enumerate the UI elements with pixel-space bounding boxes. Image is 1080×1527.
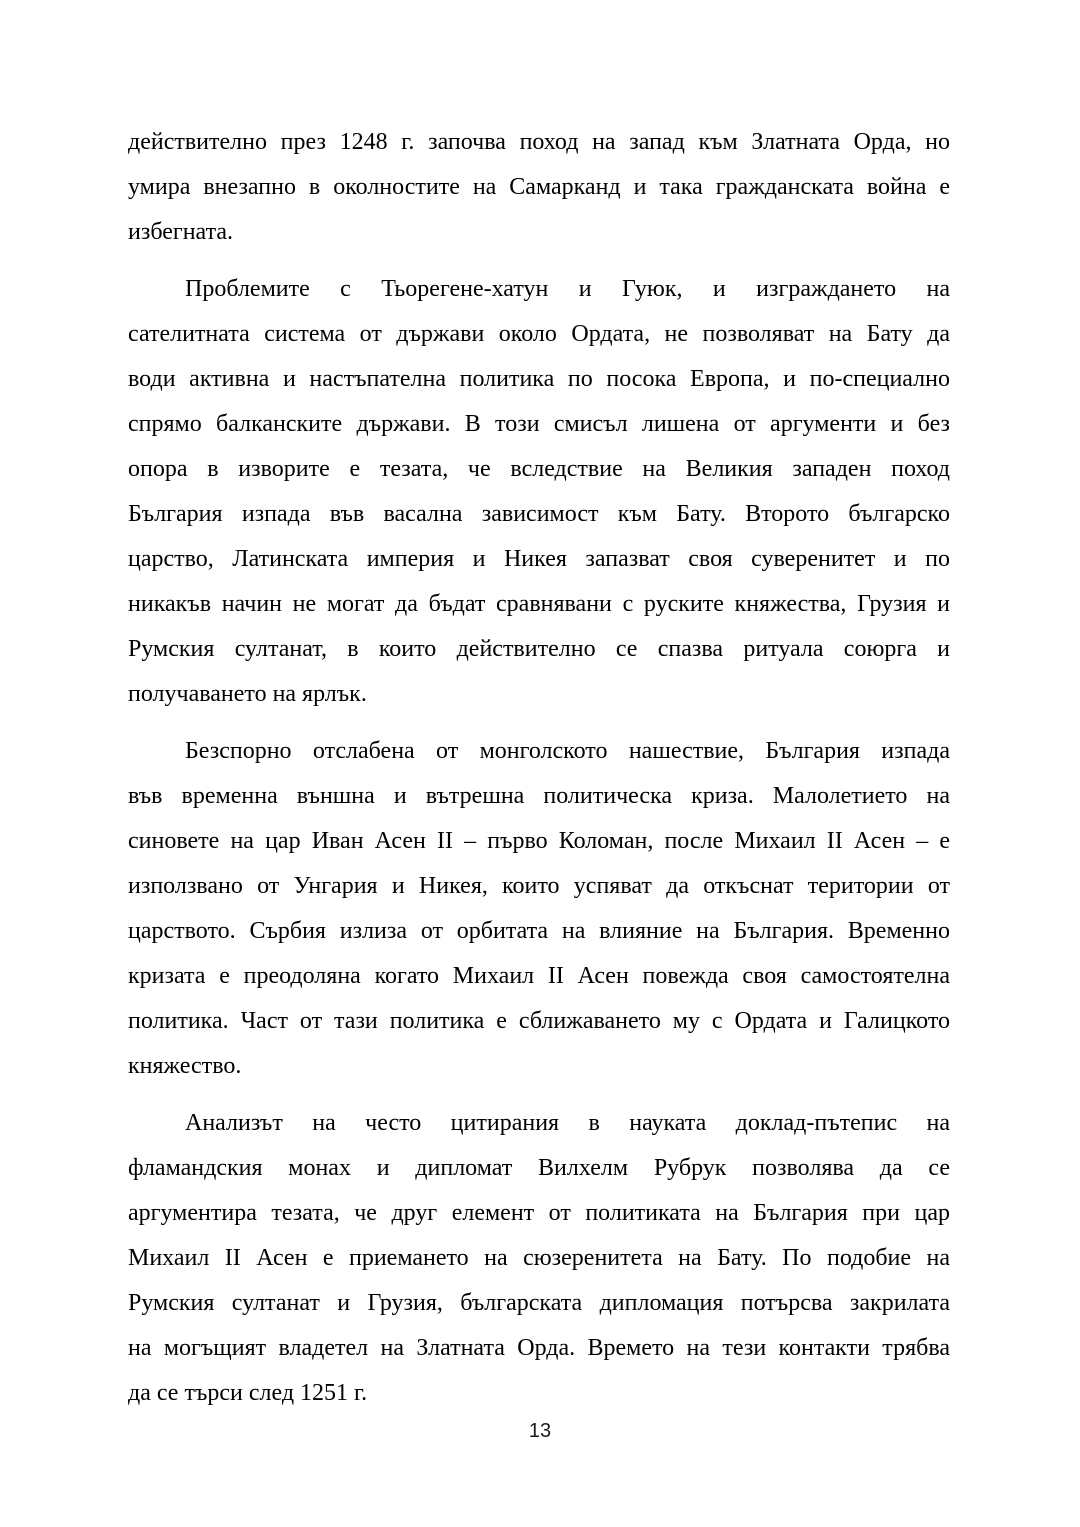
text-line: никакъв начин не могат да бъдат сравнява… xyxy=(128,582,950,627)
text-line: сателитната система от държави около Орд… xyxy=(128,312,950,357)
text-line: синовете на цар Иван Асен II – първо Кол… xyxy=(128,819,950,864)
document-body: действително през 1248 г. започва поход … xyxy=(128,120,950,1416)
text-line: царството. Сърбия излиза от орбитата на … xyxy=(128,909,950,954)
paragraph: Безспорно отслабена от монголското нашес… xyxy=(128,729,950,1089)
text-line: да се търси след 1251 г. xyxy=(128,1371,950,1416)
text-line: Михаил II Асен е приемането на сюзеренит… xyxy=(128,1236,950,1281)
text-line: фламандския монах и дипломат Вилхелм Руб… xyxy=(128,1146,950,1191)
text-line: умира внезапно в околностите на Самаркан… xyxy=(128,165,950,210)
text-line: опора в изворите е тезата, че вследствие… xyxy=(128,447,950,492)
text-line: Проблемите с Тьорегене-хатун и Гуюк, и и… xyxy=(128,267,950,312)
text-line: във временна външна и вътрешна политичес… xyxy=(128,774,950,819)
text-line: спрямо балканските държави. В този смисъ… xyxy=(128,402,950,447)
text-line: България изпада във васална зависимост к… xyxy=(128,492,950,537)
text-line: действително през 1248 г. започва поход … xyxy=(128,120,950,165)
text-line: кризата е преодоляна когато Михаил II Ас… xyxy=(128,954,950,999)
text-line: княжество. xyxy=(128,1044,950,1089)
text-line: използвано от Унгария и Никея, които усп… xyxy=(128,864,950,909)
document-page: действително през 1248 г. започва поход … xyxy=(0,0,1080,1527)
text-line: царство, Латинската империя и Никея запа… xyxy=(128,537,950,582)
text-line: Безспорно отслабена от монголското нашес… xyxy=(128,729,950,774)
paragraph: Проблемите с Тьорегене-хатун и Гуюк, и и… xyxy=(128,267,950,717)
text-line: политика. Част от тази политика е сближа… xyxy=(128,999,950,1044)
text-line: води активна и настъпателна политика по … xyxy=(128,357,950,402)
text-line: аргументира тезата, че друг елемент от п… xyxy=(128,1191,950,1236)
text-line: избегната. xyxy=(128,210,950,255)
text-line: Анализът на често цитирания в науката до… xyxy=(128,1101,950,1146)
text-line: Румския султанат и Грузия, българската д… xyxy=(128,1281,950,1326)
paragraph: Анализът на често цитирания в науката до… xyxy=(128,1101,950,1416)
text-line: получаването на ярлък. xyxy=(128,672,950,717)
page-number: 13 xyxy=(0,1420,1080,1443)
paragraph: действително през 1248 г. започва поход … xyxy=(128,120,950,255)
text-line: на могъщият владетел на Златната Орда. В… xyxy=(128,1326,950,1371)
text-line: Румския султанат, в които действително с… xyxy=(128,627,950,672)
